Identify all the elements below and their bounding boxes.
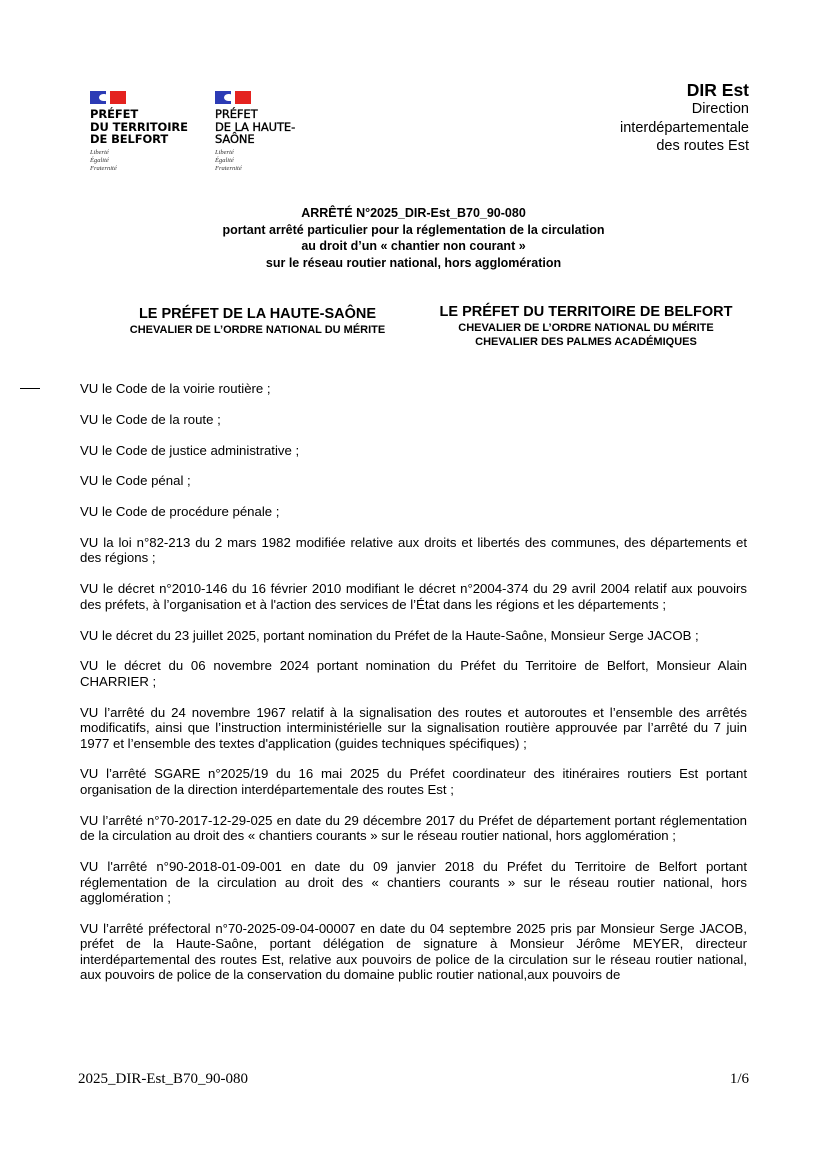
prefet-name: LE PRÉFET DE LA HAUTE-SAÔNE — [80, 306, 435, 323]
arrete-subject-line: au droit d’un « chantier non courant » — [0, 238, 827, 255]
visa-item: VU l’arrêté préfectoral n°70-2025-09-04-… — [80, 921, 747, 983]
arrete-number: ARRÊTÉ N°2025_DIR-Est_B70_90-080 — [0, 205, 827, 222]
visa-item: VU le décret n°2010-146 du 16 février 20… — [80, 581, 747, 612]
logo-motto: Liberté Égalité Fraternité — [90, 149, 188, 173]
arrete-subject-line: sur le réseau routier national, hors agg… — [0, 255, 827, 272]
visa-item: VU le décret du 06 novembre 2024 portant… — [80, 658, 747, 689]
footer-reference: 2025_DIR-Est_B70_90-080 — [78, 1071, 248, 1088]
prefet-distinction: CHEVALIER DES PALMES ACADÉMIQUES — [408, 335, 764, 349]
visa-item: VU l'arrêté n°90-2018-01-09-001 en date … — [80, 859, 747, 906]
visa-item: VU le Code de la route ; — [80, 412, 747, 428]
prefet-belfort-block: LE PRÉFET DU TERRITOIRE DE BELFORT CHEVA… — [408, 304, 764, 349]
prefet-distinction: CHEVALIER DE L’ORDRE NATIONAL DU MÉRITE — [80, 323, 435, 337]
visa-item: VU le décret du 23 juillet 2025, portant… — [80, 628, 747, 644]
prefet-name: LE PRÉFET DU TERRITOIRE DE BELFORT — [408, 304, 764, 321]
prefet-haute-saone-block: LE PRÉFET DE LA HAUTE-SAÔNE CHEVALIER DE… — [80, 306, 435, 337]
visa-item: VU le Code de procédure pénale ; — [80, 504, 747, 520]
visa-item: VU le Code de la voirie routière ; — [80, 381, 747, 397]
visa-item: VU l’arrêté du 24 novembre 1967 relatif … — [80, 705, 747, 752]
arrete-heading: ARRÊTÉ N°2025_DIR-Est_B70_90-080 portant… — [0, 205, 827, 271]
page-number: 1/6 — [730, 1071, 749, 1088]
french-flag-icon — [215, 91, 251, 104]
prefet-distinction: CHEVALIER DE L’ORDRE NATIONAL DU MÉRITE — [408, 321, 764, 335]
logo-prefet-territoire-de-belfort: PRÉFET DU TERRITOIRE DE BELFORT Liberté … — [90, 91, 188, 173]
issuer-subtitle: Direction interdépartementale des routes… — [620, 100, 749, 156]
visa-item: VU la loi n°82-213 du 2 mars 1982 modifi… — [80, 535, 747, 566]
issuer-title: DIR Est — [620, 80, 749, 100]
logo-title: PRÉFET DU TERRITOIRE DE BELFORT — [90, 108, 188, 146]
logo-prefet-haute-saone: PRÉFET DE LA HAUTE- SAÔNE Liberté Égalit… — [215, 91, 295, 173]
visas-list: VU le Code de la voirie routière ; VU le… — [80, 381, 747, 998]
french-flag-icon — [90, 91, 126, 104]
margin-fold-mark — [20, 388, 40, 389]
visa-item: VU l’arrêté SGARE n°2025/19 du 16 mai 20… — [80, 766, 747, 797]
visa-item: VU le Code pénal ; — [80, 473, 747, 489]
arrete-subject-line: portant arrêté particulier pour la régle… — [0, 222, 827, 239]
visa-item: VU le Code de justice administrative ; — [80, 443, 747, 459]
logo-motto: Liberté Égalité Fraternité — [215, 149, 295, 173]
issuer-block: DIR Est Direction interdépartementale de… — [620, 80, 749, 156]
logo-title: PRÉFET DE LA HAUTE- SAÔNE — [215, 108, 295, 146]
visa-item: VU l’arrêté n°70-2017-12-29-025 en date … — [80, 813, 747, 844]
page-footer: 2025_DIR-Est_B70_90-080 1/6 — [78, 1071, 749, 1088]
